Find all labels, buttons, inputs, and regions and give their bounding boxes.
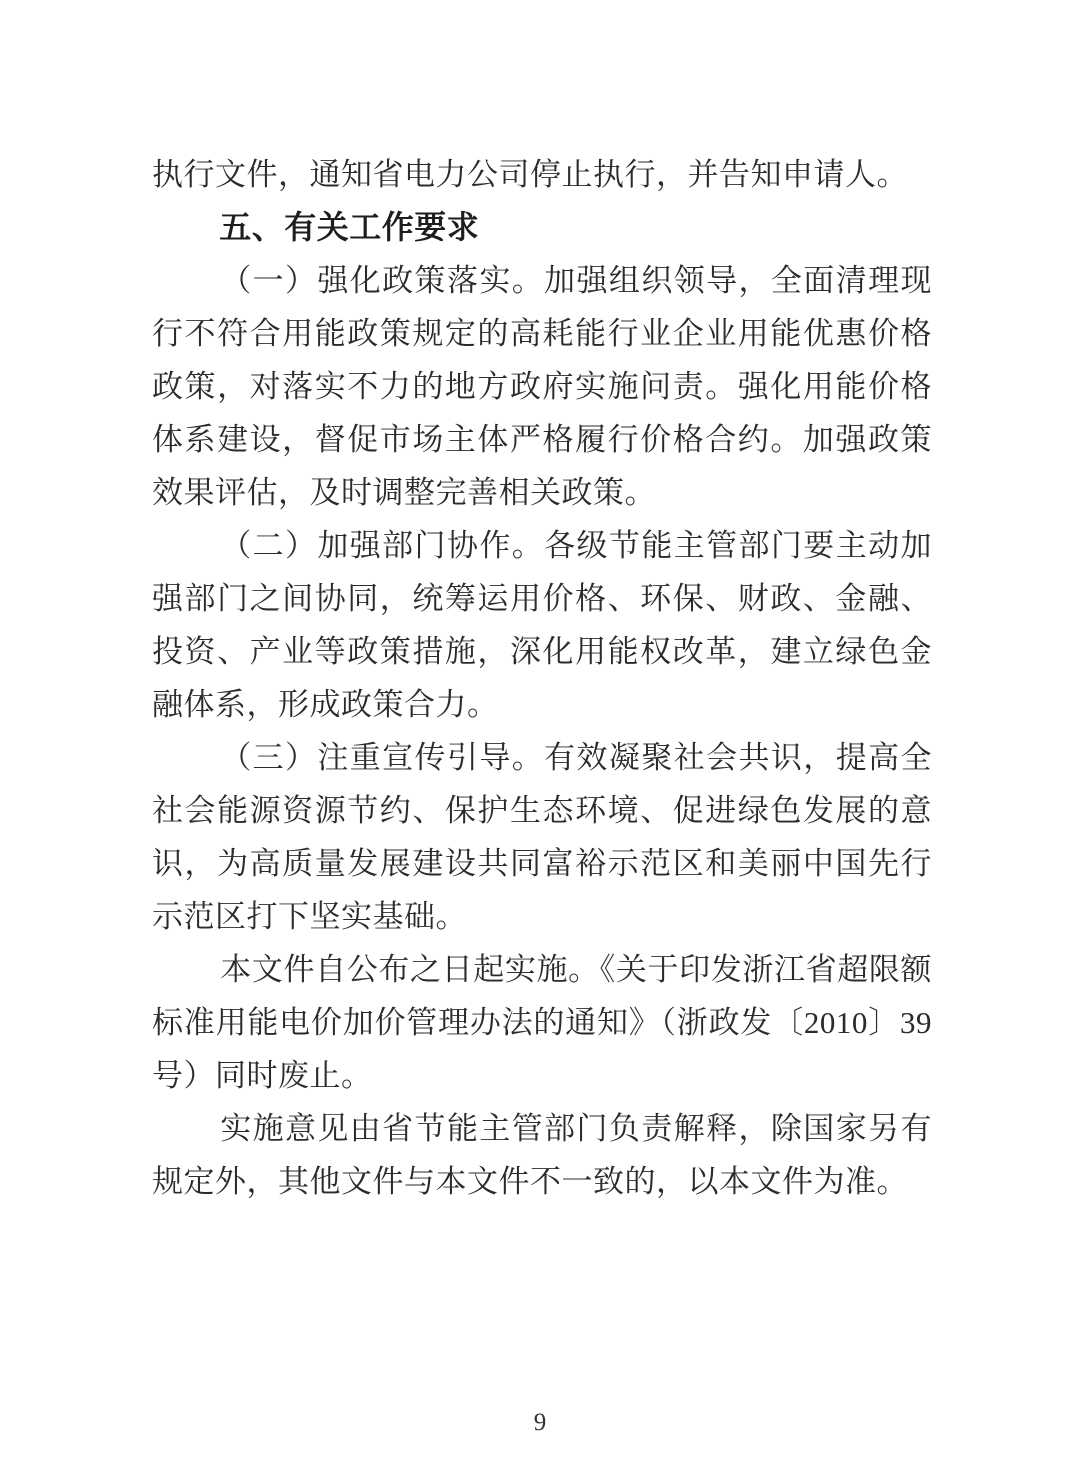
paragraph-interpretation: 实施意见由省节能主管部门负责解释，除国家另有规定外，其他文件与本文件不一致的，以… [152, 1102, 932, 1208]
paragraph-item-3: （三）注重宣传引导。有效凝聚社会共识，提高全社会能源资源节约、保护生态环境、促进… [152, 731, 932, 943]
paragraph-item-2: （二）加强部门协作。各级节能主管部门要主动加强部门之间协同，统筹运用价格、环保、… [152, 519, 932, 731]
page-number: 9 [0, 1408, 1080, 1438]
document-page: 执行文件，通知省电力公司停止执行，并告知申请人。 五、有关工作要求 （一）强化政… [0, 0, 1080, 1466]
document-body: 执行文件，通知省电力公司停止执行，并告知申请人。 五、有关工作要求 （一）强化政… [152, 148, 932, 1208]
paragraph-continuation: 执行文件，通知省电力公司停止执行，并告知申请人。 [152, 148, 932, 201]
section-heading: 五、有关工作要求 [152, 201, 932, 254]
paragraph-item-1: （一）强化政策落实。加强组织领导，全面清理现行不符合用能政策规定的高耗能行业企业… [152, 254, 932, 519]
paragraph-effective-date: 本文件自公布之日起实施。《关于印发浙江省超限额标准用能电价加价管理办法的通知》（… [152, 943, 932, 1102]
